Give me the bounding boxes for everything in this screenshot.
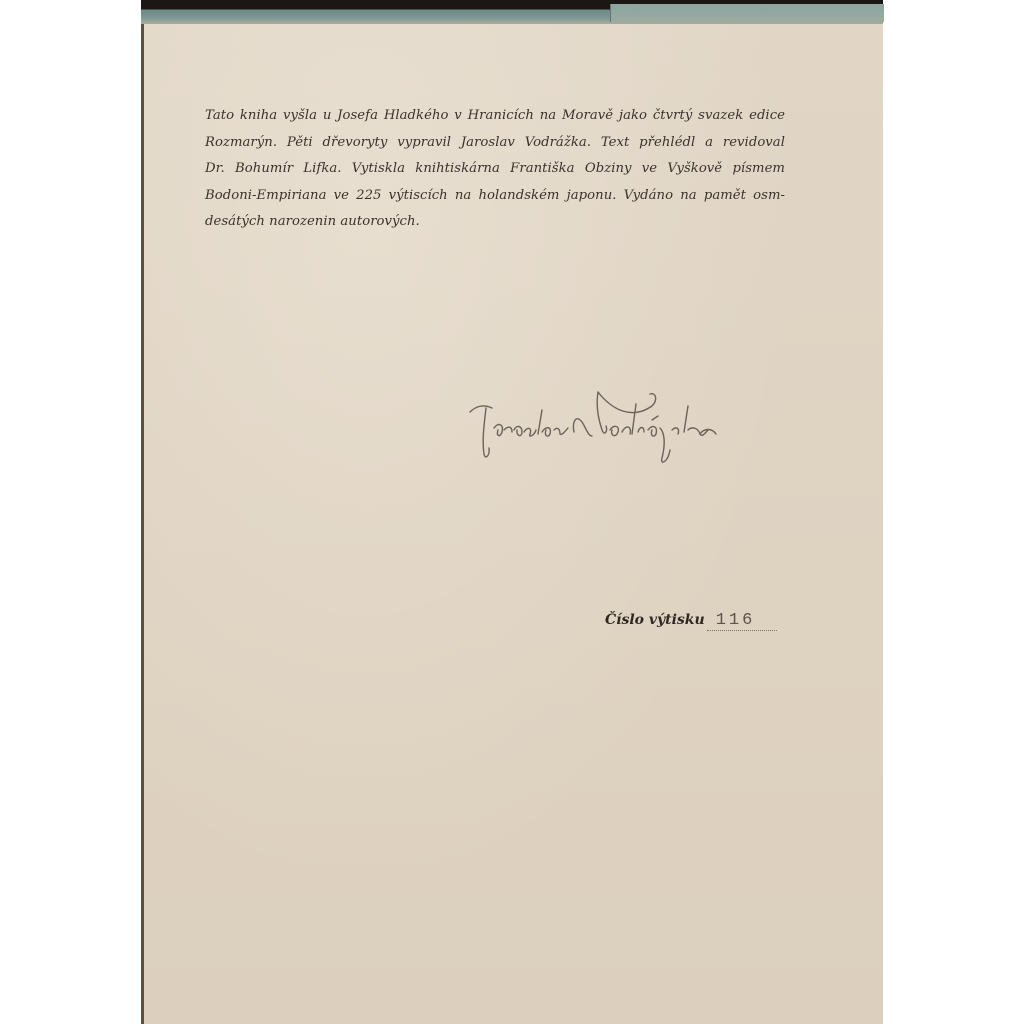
handwritten-signature — [462, 370, 732, 480]
colophon-text: Tato kniha vyšla u Josefa Hladkého v Hra… — [205, 103, 785, 236]
scanned-page: Tato kniha vyšla u Josefa Hladkého v Hra… — [0, 0, 1024, 1024]
paper-page: Tato kniha vyšla u Josefa Hladkého v Hra… — [141, 24, 883, 1024]
signature-icon — [462, 370, 732, 480]
colophon-line: Dr. Bohumír Lifka. Vytiskla knihtiskárna… — [205, 156, 785, 183]
colophon-line: desátých narozenin autorových. — [205, 209, 785, 236]
colophon-line: Bodoni-Empiriana ve 225 výtiscích na hol… — [205, 183, 785, 210]
book-cover-flap — [610, 4, 884, 22]
copy-number-field: 116 — [707, 609, 777, 631]
copy-number-label: Číslo výtisku — [605, 612, 705, 628]
copy-number: Číslo výtisku 116 — [605, 609, 777, 631]
colophon-line: Rozmarýn. Pěti dřevoryty vypravil Jarosl… — [205, 130, 785, 157]
colophon-line: Tato kniha vyšla u Josefa Hladkého v Hra… — [205, 103, 785, 130]
copy-number-value: 116 — [716, 611, 756, 630]
